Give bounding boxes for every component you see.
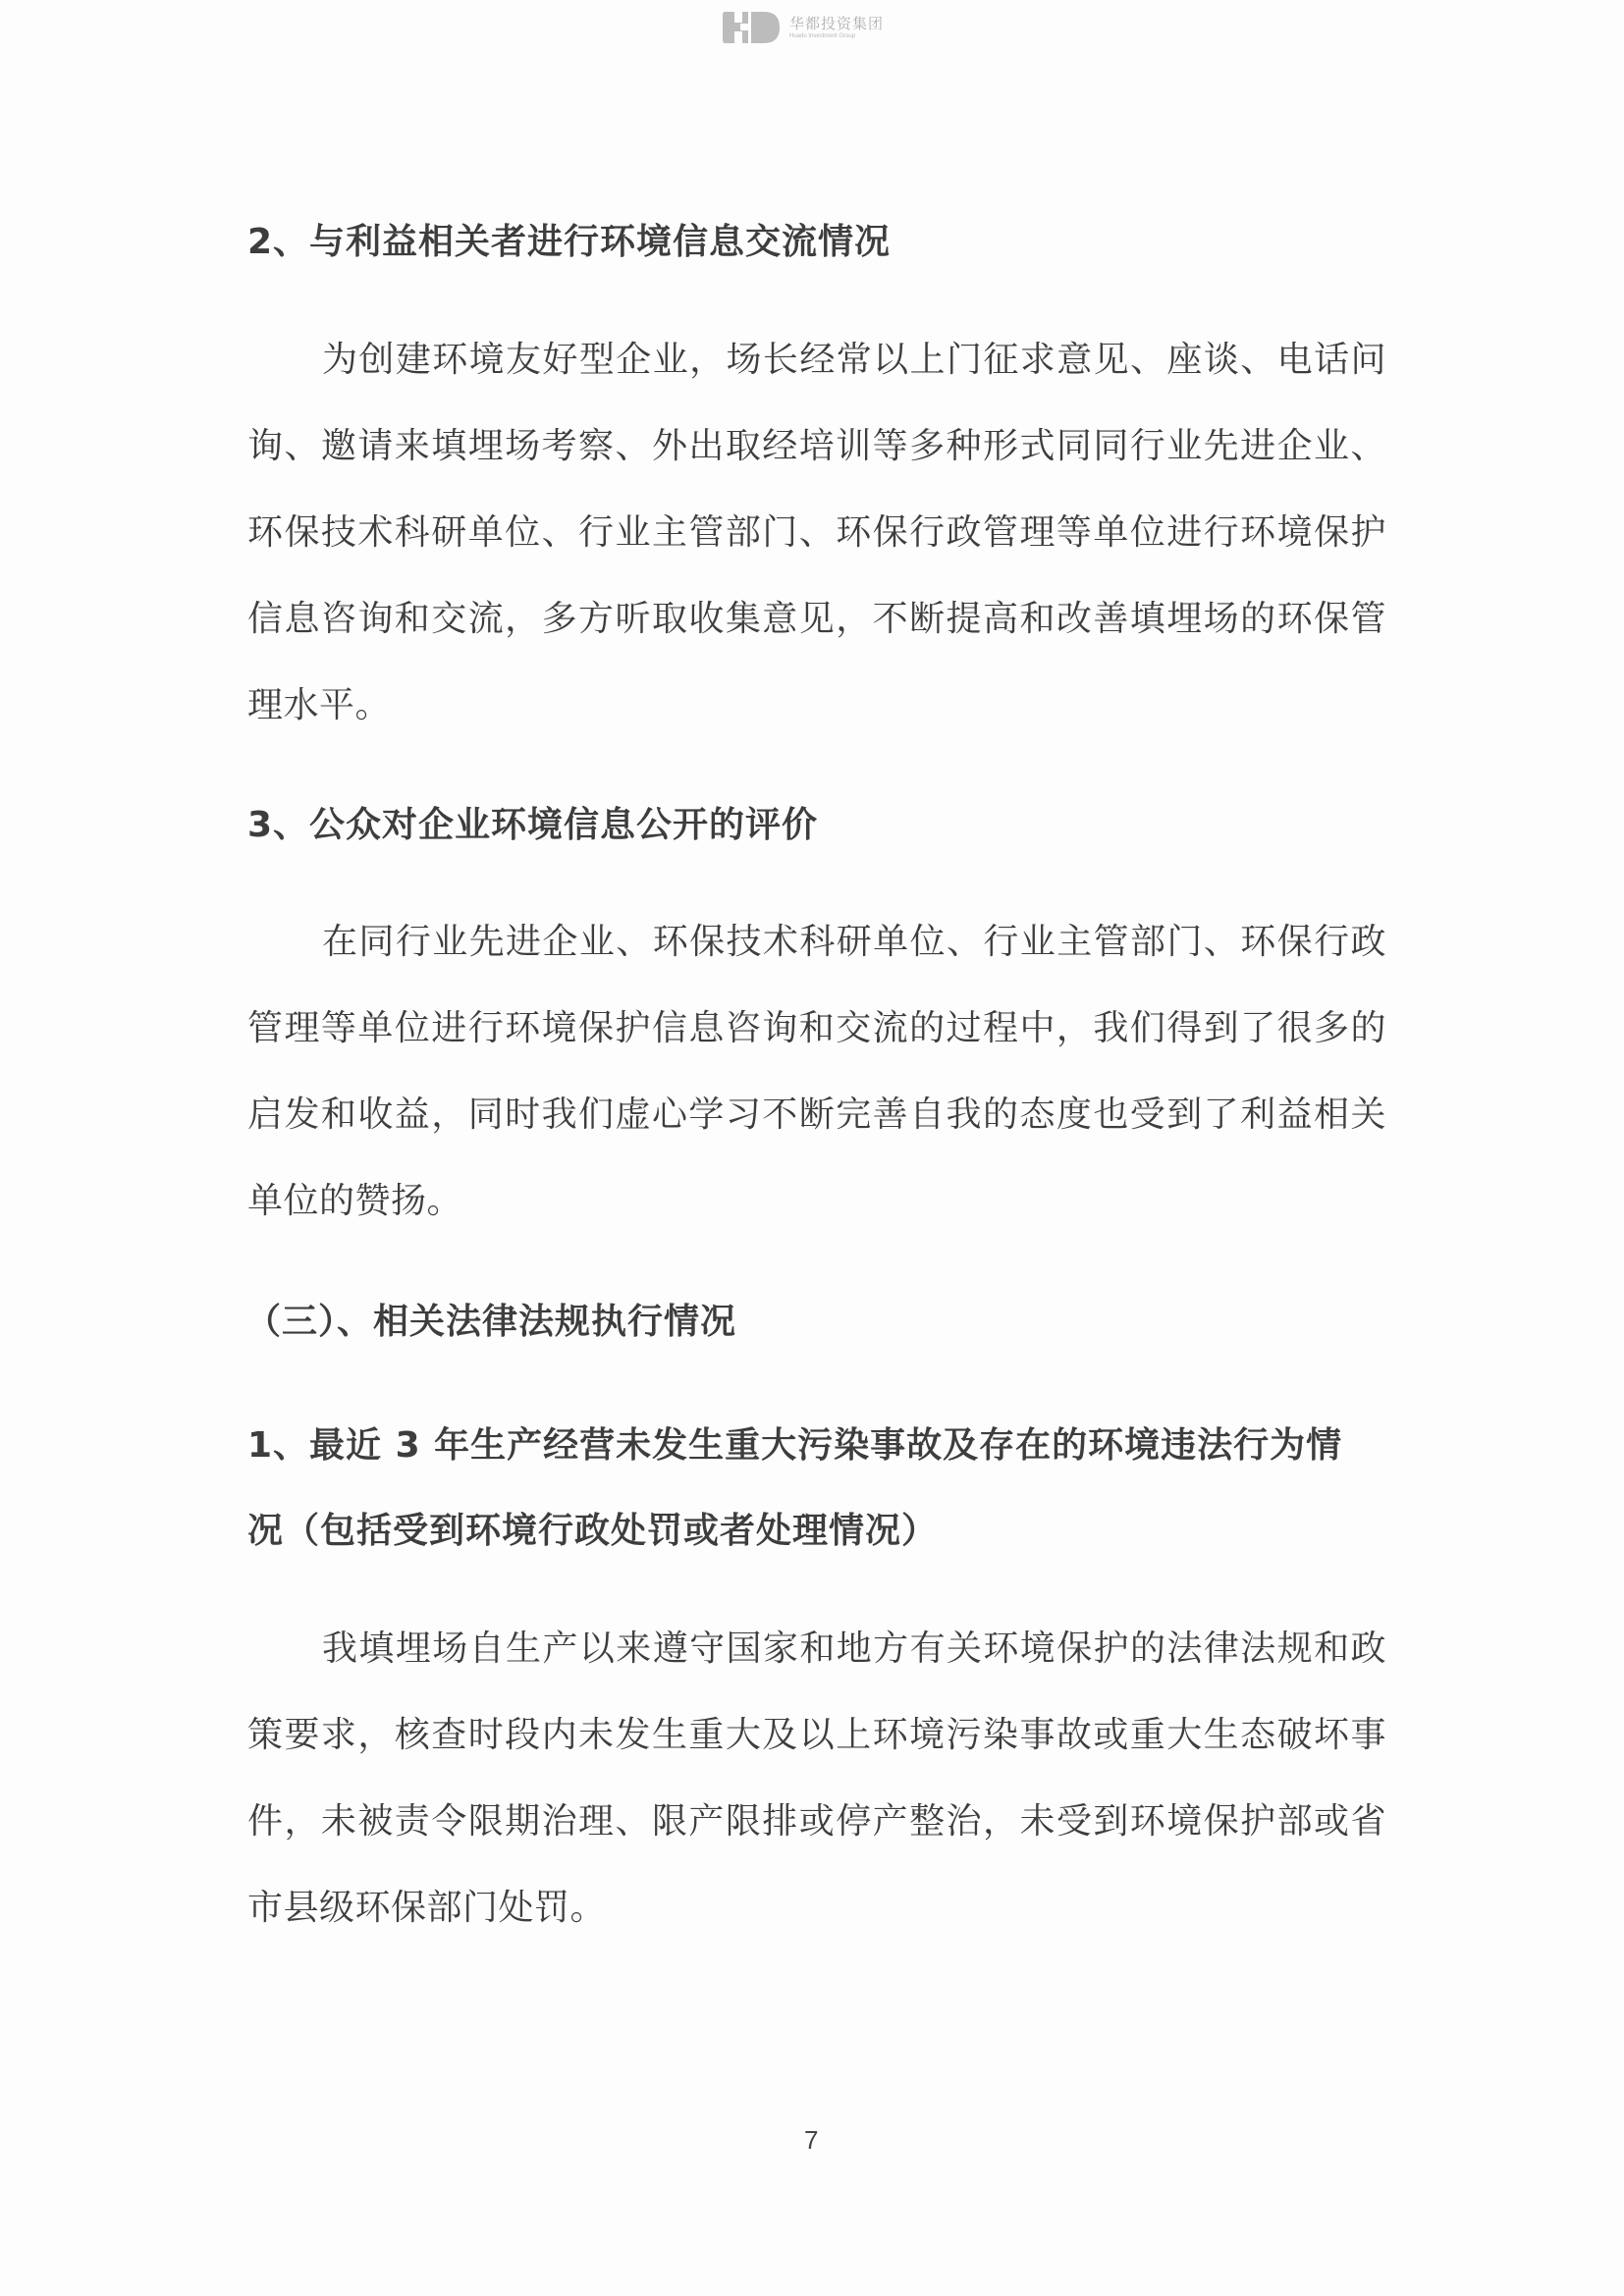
paragraph-public-evaluation: 在同行业先进企业、环保技术科研单位、行业主管部门、环保行政管理等单位进行环境保护…: [247, 899, 1386, 1245]
section-heading-legal-compliance: （三）、相关法律法规执行情况: [245, 1294, 736, 1344]
company-logo: 华都投资集团 Huadu Investment Group: [723, 12, 884, 43]
logo-english-name: Huadu Investment Group: [789, 32, 884, 40]
page-number: 7: [804, 2125, 818, 2156]
logo-chinese-name: 华都投资集团: [789, 16, 884, 32]
section-heading-no-pollution-accidents-line1: 1、最近 3 年生产经营未发生重大污染事故及存在的环境违法行为情: [247, 1417, 1342, 1468]
hd-logo-icon: [723, 12, 780, 43]
section-heading-no-pollution-accidents-line2: 况（包括受到环境行政处罚或者处理情况）: [247, 1503, 938, 1553]
section-heading-stakeholder-communication: 2、与利益相关者进行环境信息交流情况: [247, 214, 891, 264]
section-heading-public-evaluation: 3、公众对企业环境信息公开的评价: [247, 797, 818, 847]
paragraph-stakeholder-communication: 为创建环境友好型企业，场长经常以上门征求意见、座谈、电话问询、邀请来填埋场考察、…: [247, 317, 1386, 749]
paragraph-no-pollution-accidents: 我填埋场自生产以来遵守国家和地方有关环境保护的法律法规和政策要求，核查时段内未发…: [247, 1606, 1386, 1951]
